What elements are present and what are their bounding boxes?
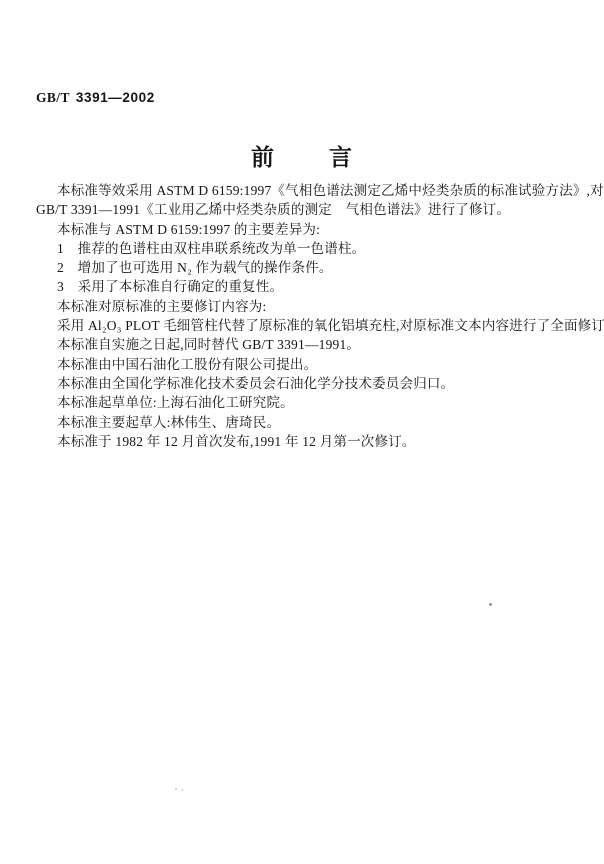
- text-line: 本标准由全国化学标准化技术委员会石油化学分技术委员会归口。: [36, 374, 581, 393]
- foreword-title-char-1: 前: [251, 139, 275, 172]
- text-line: GB/T 3391—1991《工业用乙烯中烃类杂质的测定 气相色谱法》进行了修订…: [36, 200, 581, 219]
- foreword-title-char-2: 言: [329, 139, 353, 172]
- document-page: GB/T3391—2002 前 言 本标准等效采用 ASTM D 6159:19…: [0, 0, 604, 864]
- text-line: 本标准等效采用 ASTM D 6159:1997《气相色谱法测定乙烯中烃类杂质的…: [36, 181, 581, 200]
- text-line: 3 采用了本标准自行确定的重复性。: [36, 277, 581, 296]
- scan-speck: [181, 789, 183, 791]
- text-line: 本标准起草单位:上海石油化工研究院。: [36, 393, 581, 412]
- standard-code-number: 3391—2002: [76, 90, 155, 105]
- text-line: 本标准由中国石油化工股份有限公司提出。: [36, 355, 581, 374]
- body-text: 本标准等效采用 ASTM D 6159:1997《气相色谱法测定乙烯中烃类杂质的…: [36, 181, 581, 451]
- text-line: 本标准对原标准的主要修订内容为:: [36, 297, 581, 316]
- text-line: 本标准与 ASTM D 6159:1997 的主要差异为:: [36, 220, 581, 239]
- standard-code-prefix: GB/T: [36, 90, 70, 105]
- text-line: 2 增加了也可选用 N₂ 作为载气的操作条件。: [36, 258, 581, 277]
- text-line: 本标准自实施之日起,同时替代 GB/T 3391—1991。: [36, 335, 581, 354]
- text-line: 1 推荐的色谱柱由双柱串联系统改为单一色谱柱。: [36, 239, 581, 258]
- text-line: 本标准于 1982 年 12 月首次发布,1991 年 12 月第一次修订。: [36, 432, 581, 451]
- text-line: 采用 Al₂O₃ PLOT 毛细管柱代替了原标准的氧化铝填充柱,对原标准文本内容…: [36, 316, 581, 335]
- text-line: 本标准主要起草人:林伟生、唐琦民。: [36, 413, 581, 432]
- foreword-title: 前 言: [0, 139, 604, 172]
- scan-speck: [489, 603, 492, 606]
- scan-speck: [175, 788, 177, 790]
- standard-code: GB/T3391—2002: [36, 90, 155, 106]
